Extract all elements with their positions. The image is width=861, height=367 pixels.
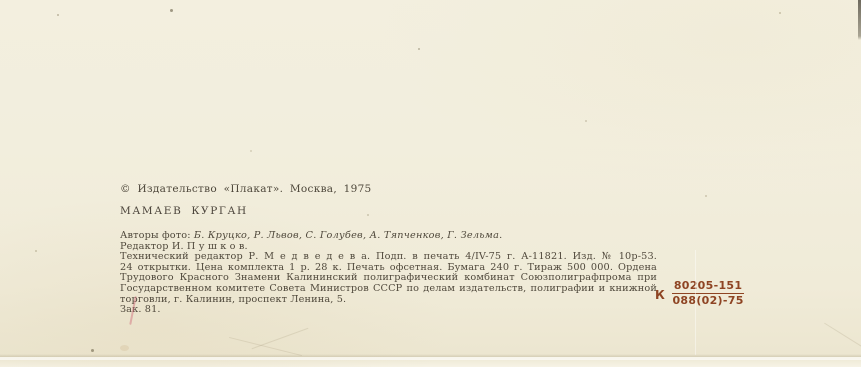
set-title: МАМАЕВ КУРГАН [120,205,248,217]
catalog-index-numerator: 80205-151 [672,280,745,294]
paper-speckle [170,9,173,12]
catalog-index-code: К 80205-151 088(02)-75 [655,280,744,306]
card-bottom-edge-highlight [0,357,861,360]
paper-speckle [57,14,59,16]
order-number-line: Зак. 81. [120,305,657,316]
paper-stain [120,345,129,351]
publisher-copyright-line: © Издательство «Плакат». Москва, 1975 [120,183,372,195]
catalog-index-letter: К [655,286,665,301]
photo-authors-label: Авторы фото: [120,230,194,241]
paper-speckle [91,349,94,352]
paper-crease [695,250,696,355]
paper-speckle [779,12,781,14]
paper-speckle [367,214,369,216]
catalog-index-fraction: 80205-151 088(02)-75 [672,280,745,306]
printing-house-line-2: Государственном комитете Совета Министро… [120,284,657,295]
photo-authors-names: Б. Круцко, Р. Львов, С. Голубев, А. Тяпч… [194,230,503,241]
imprint-credits-block: Авторы фото: Б. Круцко, Р. Львов, С. Гол… [120,231,657,316]
catalog-index-denominator: 088(02)-75 [672,294,745,307]
paper-crease [252,328,309,349]
postcard-back-scan: © Издательство «Плакат». Москва, 1975 МА… [0,0,861,367]
paper-speckle [705,195,707,197]
photo-authors-line: Авторы фото: Б. Круцко, Р. Львов, С. Гол… [120,231,657,242]
paper-speckle [35,250,37,252]
paper-speckle [250,150,252,152]
paper-crease [824,323,861,355]
paper-speckle [418,48,420,50]
address-line: торговли, г. Калинин, проспект Ленина, 5… [120,295,657,306]
paper-speckle [585,120,587,122]
